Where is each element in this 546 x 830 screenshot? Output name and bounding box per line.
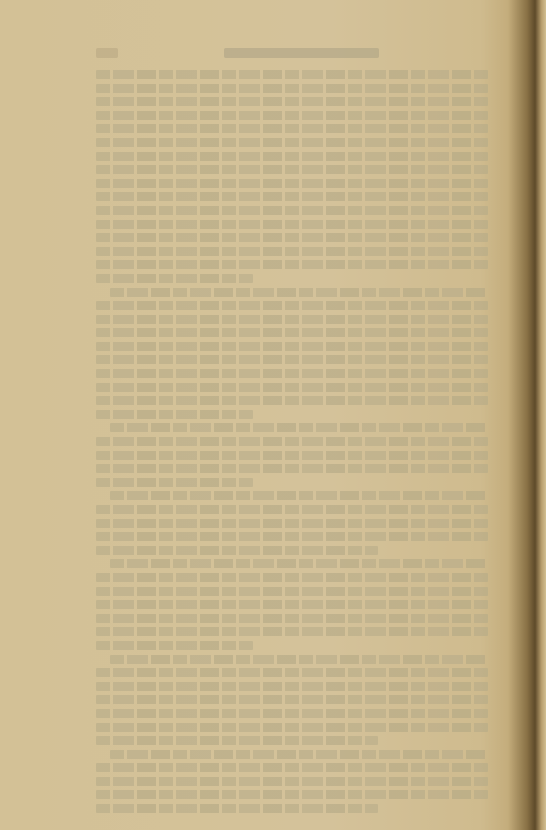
page-number bbox=[96, 48, 118, 58]
text-line bbox=[96, 641, 253, 650]
text-line bbox=[96, 138, 488, 147]
text-line bbox=[96, 179, 488, 188]
text-line bbox=[96, 723, 488, 732]
text-line bbox=[96, 790, 488, 799]
paragraph bbox=[96, 288, 488, 419]
text-line bbox=[96, 111, 488, 120]
text-line bbox=[96, 342, 488, 351]
text-line bbox=[96, 736, 378, 745]
text-line bbox=[96, 369, 488, 378]
text-line bbox=[96, 709, 488, 718]
text-line bbox=[96, 233, 488, 242]
text-line bbox=[96, 97, 488, 106]
text-line bbox=[96, 220, 488, 229]
text-line bbox=[96, 396, 488, 405]
paragraph bbox=[96, 70, 488, 283]
text-line bbox=[96, 315, 488, 324]
text-line bbox=[96, 695, 488, 704]
text-line bbox=[96, 763, 488, 772]
running-header bbox=[96, 48, 488, 62]
text-line bbox=[96, 206, 488, 215]
text-line bbox=[96, 614, 488, 623]
running-title bbox=[224, 48, 379, 58]
text-line bbox=[96, 505, 488, 514]
text-line bbox=[96, 70, 488, 79]
text-line bbox=[96, 165, 488, 174]
text-line bbox=[110, 491, 488, 500]
paragraph bbox=[96, 491, 488, 554]
text-line bbox=[96, 519, 488, 528]
text-line bbox=[96, 301, 488, 310]
text-line bbox=[96, 600, 488, 609]
text-line bbox=[96, 274, 253, 283]
text-line bbox=[110, 423, 488, 432]
text-line bbox=[96, 383, 488, 392]
text-line bbox=[96, 777, 488, 786]
text-line bbox=[96, 437, 488, 446]
text-line bbox=[96, 328, 488, 337]
text-line bbox=[96, 668, 488, 677]
paragraph bbox=[96, 655, 488, 746]
text-line bbox=[96, 464, 488, 473]
text-line bbox=[110, 750, 488, 759]
text-line bbox=[96, 804, 378, 813]
text-line bbox=[96, 546, 378, 555]
text-line bbox=[110, 288, 488, 297]
book-page: illegible — text too faded in scan to tr… bbox=[0, 0, 546, 830]
paragraph bbox=[96, 559, 488, 650]
text-line bbox=[96, 410, 253, 419]
text-line bbox=[96, 532, 488, 541]
paragraph bbox=[96, 423, 488, 486]
text-line bbox=[96, 84, 488, 93]
text-line bbox=[96, 478, 253, 487]
body-text bbox=[96, 70, 488, 818]
text-line bbox=[96, 451, 488, 460]
text-line bbox=[96, 260, 488, 269]
text-line bbox=[96, 124, 488, 133]
text-line bbox=[96, 587, 488, 596]
paragraph bbox=[96, 750, 488, 813]
text-line bbox=[96, 192, 488, 201]
text-line bbox=[110, 655, 488, 664]
text-line bbox=[96, 247, 488, 256]
text-line bbox=[96, 152, 488, 161]
text-line bbox=[96, 682, 488, 691]
text-line bbox=[96, 627, 488, 636]
text-line bbox=[96, 573, 488, 582]
text-line bbox=[110, 559, 488, 568]
legibility-note: illegible — text too faded in scan to tr… bbox=[0, 0, 1, 1]
text-line bbox=[96, 355, 488, 364]
